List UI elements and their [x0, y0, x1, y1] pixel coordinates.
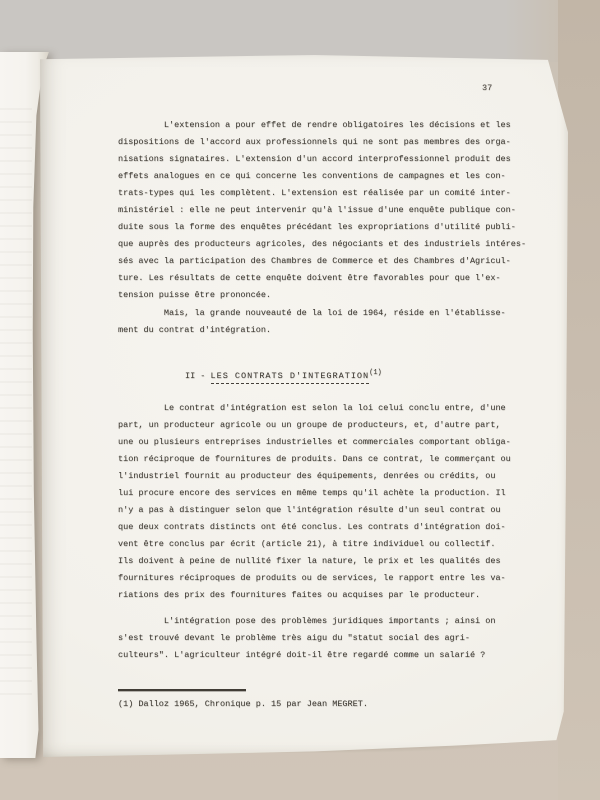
section-heading: II - LES CONTRATS D'INTEGRATION(1) [185, 368, 382, 386]
section-heading-numeral: II - [185, 371, 211, 381]
section-heading-footnote-ref: (1) [369, 369, 382, 377]
book-photo: 37 L'extension a pour effet de rendre ob… [0, 0, 600, 800]
paragraph-loi-1964: Mais, la grande nouveauté de la loi de 1… [118, 305, 506, 339]
footnote-text: (1) Dalloz 1965, Chronique p. 15 par Jea… [118, 696, 368, 713]
paragraph-problemes-juridiques: L'intégration pose des problèmes juridiq… [118, 613, 495, 664]
paragraph-contrat-definition: Le contrat d'intégration est selon la lo… [118, 400, 511, 604]
background-wall [0, 0, 600, 62]
section-heading-title: LES CONTRATS D'INTEGRATION [211, 371, 370, 384]
footnote-separator [118, 689, 246, 691]
paragraph-extension-effects: L'extension a pour effet de rendre oblig… [118, 117, 526, 304]
document-page: 37 L'extension a pour effet de rendre ob… [40, 55, 568, 757]
page-number: 37 [482, 80, 492, 97]
